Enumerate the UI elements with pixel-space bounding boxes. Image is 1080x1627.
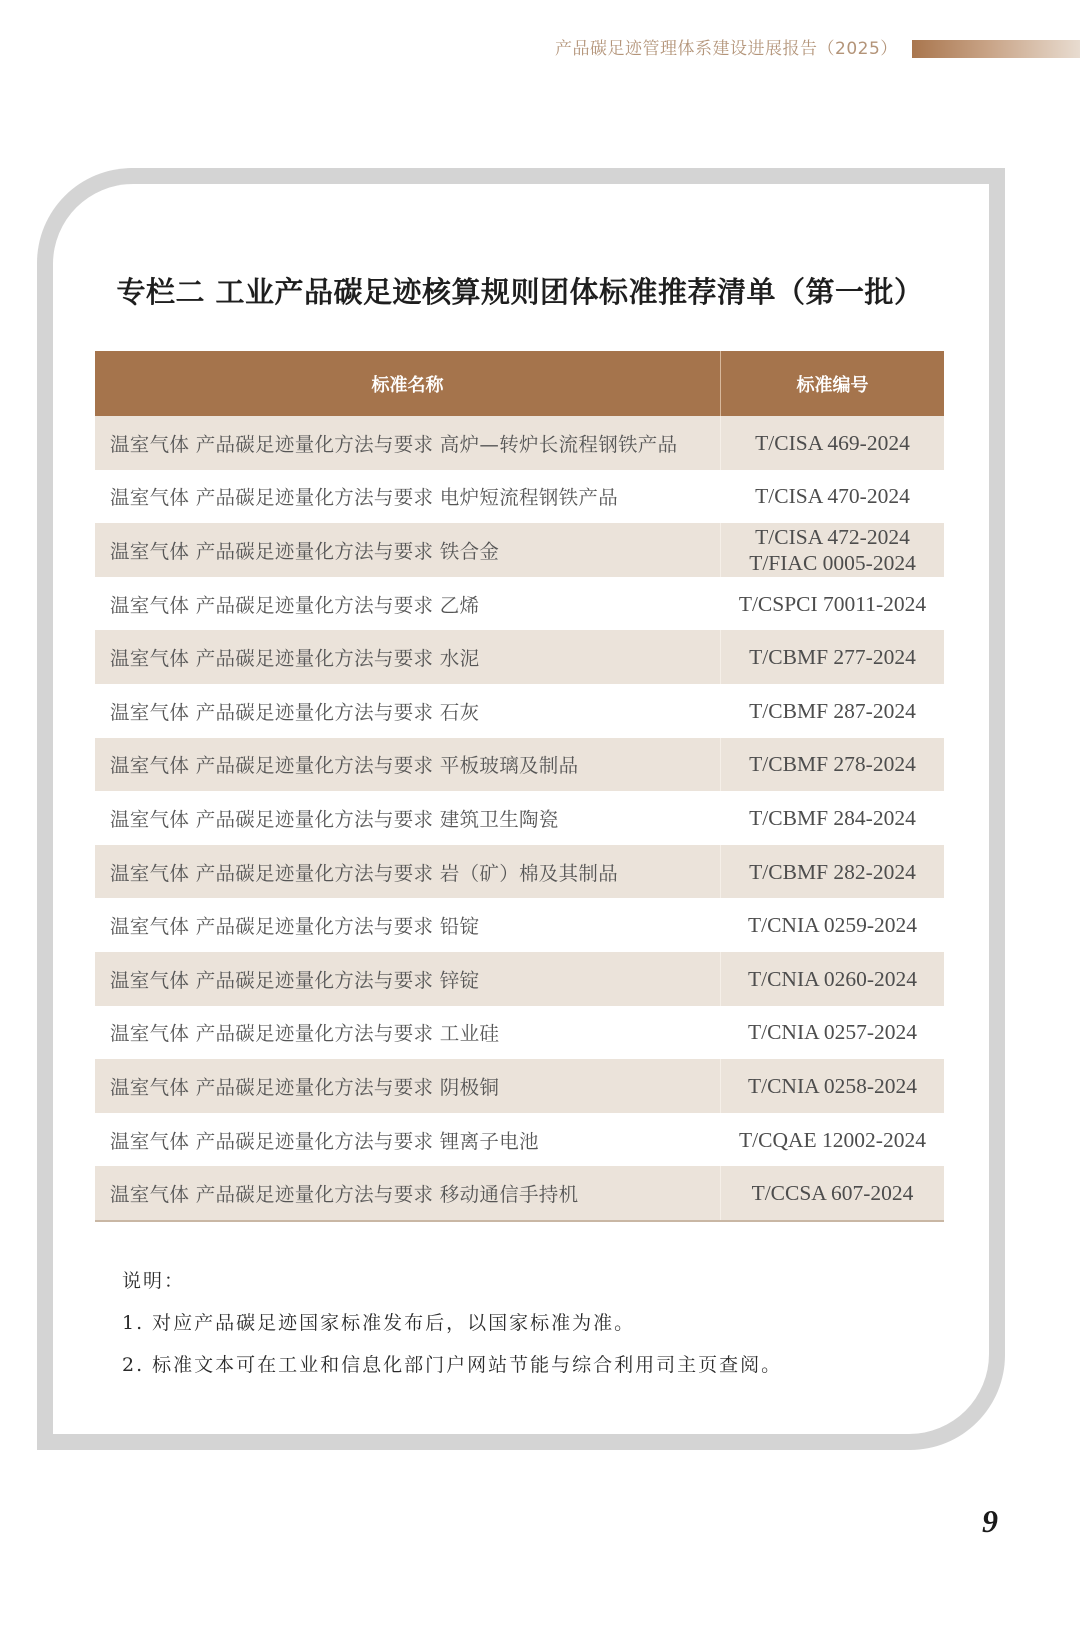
standard-name: 温室气体 产品碳足迹量化方法与要求 乙烯: [95, 577, 721, 631]
standard-name: 温室气体 产品碳足迹量化方法与要求 铅锭: [95, 898, 721, 952]
standard-code: T/CBMF 284-2024: [721, 791, 945, 845]
standards-table: 标准名称 标准编号 温室气体 产品碳足迹量化方法与要求 高炉—转炉长流程钢铁产品…: [95, 351, 944, 1222]
standard-code: T/CISA 472-2024: [721, 524, 944, 550]
standard-name: 温室气体 产品碳足迹量化方法与要求 高炉—转炉长流程钢铁产品: [95, 416, 721, 470]
standard-code: T/CNIA 0257-2024: [721, 1006, 945, 1060]
column-header-standard-code: 标准编号: [721, 351, 945, 416]
standard-code-multi: T/CISA 472-2024 T/FIAC 0005-2024: [721, 523, 945, 577]
standard-code: T/CSPCI 70011-2024: [721, 577, 945, 631]
standard-name: 温室气体 产品碳足迹量化方法与要求 锂离子电池: [95, 1113, 721, 1167]
table-row: 温室气体 产品碳足迹量化方法与要求 高炉—转炉长流程钢铁产品 T/CISA 46…: [95, 416, 944, 470]
standard-name: 温室气体 产品碳足迹量化方法与要求 岩（矿）棉及其制品: [95, 845, 721, 899]
table-row: 温室气体 产品碳足迹量化方法与要求 水泥 T/CBMF 277-2024: [95, 630, 944, 684]
table-row: 温室气体 产品碳足迹量化方法与要求 平板玻璃及制品 T/CBMF 278-202…: [95, 738, 944, 792]
standard-code: T/CISA 470-2024: [721, 470, 945, 524]
table-row: 温室气体 产品碳足迹量化方法与要求 阴极铜 T/CNIA 0258-2024: [95, 1059, 944, 1113]
box-title: 专栏二 工业产品碳足迹核算规则团体标准推荐清单（第一批）: [0, 270, 1040, 311]
table-row: 温室气体 产品碳足迹量化方法与要求 工业硅 T/CNIA 0257-2024: [95, 1006, 944, 1060]
standard-code: T/CBMF 277-2024: [721, 630, 945, 684]
standard-code: T/CCSA 607-2024: [721, 1166, 945, 1221]
column-header-standard-name: 标准名称: [95, 351, 721, 416]
standard-code: T/CBMF 282-2024: [721, 845, 945, 899]
header-accent-bar: [912, 40, 1080, 58]
table-row: 温室气体 产品碳足迹量化方法与要求 岩（矿）棉及其制品 T/CBMF 282-2…: [95, 845, 944, 899]
standard-name: 温室气体 产品碳足迹量化方法与要求 阴极铜: [95, 1059, 721, 1113]
note-item: 2. 标准文本可在工业和信息化部门户网站节能与综合利用司主页查阅。: [122, 1350, 782, 1392]
notes-section: 说明： 1. 对应产品碳足迹国家标准发布后，以国家标准为准。 2. 标准文本可在…: [122, 1266, 782, 1392]
standard-code-secondary: T/FIAC 0005-2024: [721, 550, 944, 576]
standard-code: T/CBMF 287-2024: [721, 684, 945, 738]
standard-code: T/CNIA 0259-2024: [721, 898, 945, 952]
standard-code: T/CBMF 278-2024: [721, 738, 945, 792]
table-row: 温室气体 产品碳足迹量化方法与要求 电炉短流程钢铁产品 T/CISA 470-2…: [95, 470, 944, 524]
standard-name: 温室气体 产品碳足迹量化方法与要求 锌锭: [95, 952, 721, 1006]
table-header-row: 标准名称 标准编号: [95, 351, 944, 416]
standard-code: T/CISA 469-2024: [721, 416, 945, 470]
table-row: 温室气体 产品碳足迹量化方法与要求 建筑卫生陶瓷 T/CBMF 284-2024: [95, 791, 944, 845]
table-row: 温室气体 产品碳足迹量化方法与要求 铁合金 T/CISA 472-2024 T/…: [95, 523, 944, 577]
table-row: 温室气体 产品碳足迹量化方法与要求 乙烯 T/CSPCI 70011-2024: [95, 577, 944, 631]
standard-code: T/CQAE 12002-2024: [721, 1113, 945, 1167]
standard-name: 温室气体 产品碳足迹量化方法与要求 平板玻璃及制品: [95, 738, 721, 792]
standard-name: 温室气体 产品碳足迹量化方法与要求 铁合金: [95, 523, 721, 577]
standard-name: 温室气体 产品碳足迹量化方法与要求 水泥: [95, 630, 721, 684]
table-row: 温室气体 产品碳足迹量化方法与要求 铅锭 T/CNIA 0259-2024: [95, 898, 944, 952]
table-row: 温室气体 产品碳足迹量化方法与要求 移动通信手持机 T/CCSA 607-202…: [95, 1166, 944, 1221]
table-row: 温室气体 产品碳足迹量化方法与要求 锂离子电池 T/CQAE 12002-202…: [95, 1113, 944, 1167]
notes-heading: 说明：: [122, 1266, 782, 1308]
standard-code: T/CNIA 0260-2024: [721, 952, 945, 1006]
standard-name: 温室气体 产品碳足迹量化方法与要求 建筑卫生陶瓷: [95, 791, 721, 845]
standard-name: 温室气体 产品碳足迹量化方法与要求 石灰: [95, 684, 721, 738]
page-number: 9: [982, 1503, 998, 1540]
standard-name: 温室气体 产品碳足迹量化方法与要求 移动通信手持机: [95, 1166, 721, 1221]
standard-name: 温室气体 产品碳足迹量化方法与要求 电炉短流程钢铁产品: [95, 470, 721, 524]
standard-code: T/CNIA 0258-2024: [721, 1059, 945, 1113]
running-header-title: 产品碳足迹管理体系建设进展报告（2025）: [555, 34, 898, 59]
standard-name: 温室气体 产品碳足迹量化方法与要求 工业硅: [95, 1006, 721, 1060]
table-row: 温室气体 产品碳足迹量化方法与要求 锌锭 T/CNIA 0260-2024: [95, 952, 944, 1006]
table-row: 温室气体 产品碳足迹量化方法与要求 石灰 T/CBMF 287-2024: [95, 684, 944, 738]
note-item: 1. 对应产品碳足迹国家标准发布后，以国家标准为准。: [122, 1308, 782, 1350]
